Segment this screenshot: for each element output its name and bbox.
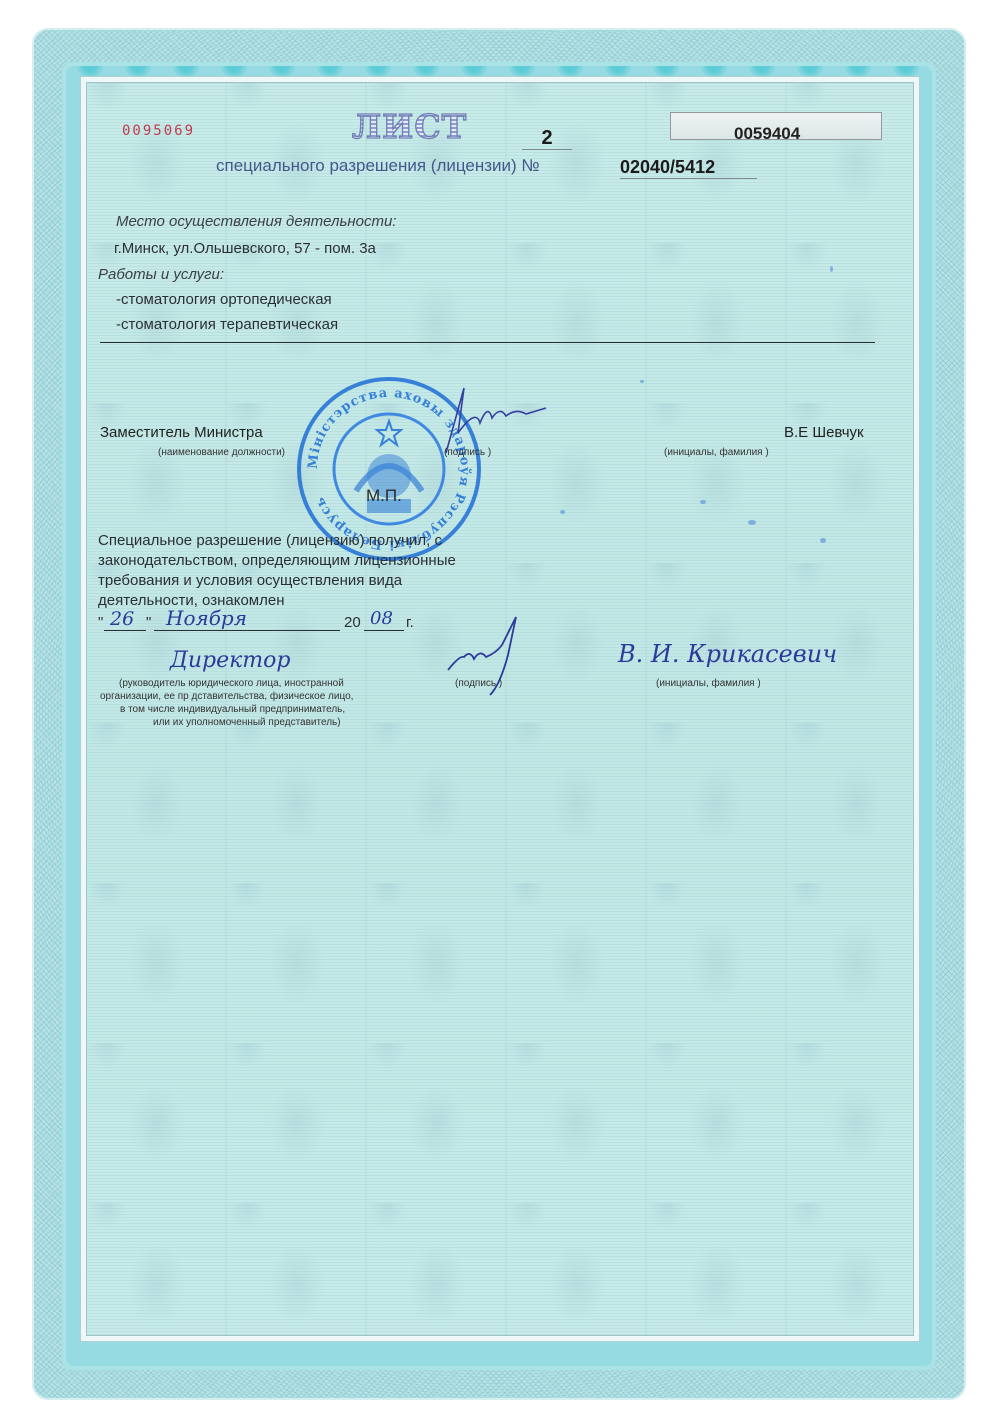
serial-number-red: 0095069 <box>122 123 195 139</box>
place-label: Место осуществления деятельности: <box>116 213 396 230</box>
acknowledgement-line: законодательством, определяющим лицензио… <box>98 552 456 569</box>
ink-speck <box>640 380 644 383</box>
issuer-name: В.Е Шевчук <box>784 424 864 441</box>
acknowledgement-line: Специальное разрешение (лицензию) получи… <box>98 532 442 549</box>
quote-open: " <box>98 614 103 631</box>
ink-speck <box>830 266 833 272</box>
issuer-name-caption: (инициалы, фамилия ) <box>664 447 769 458</box>
ink-speck <box>560 510 565 514</box>
date-day: 26 <box>110 608 134 630</box>
recipient-signature-caption: (подпись ) <box>455 678 502 689</box>
date-year-unit: г. <box>406 614 414 631</box>
recipient-position-caption: или их уполномоченный представитель) <box>153 717 341 728</box>
service-item: -стоматология ортопедическая <box>116 291 332 308</box>
services-label: Работы и услуги: <box>98 266 224 283</box>
issuer-signature-icon <box>436 378 586 458</box>
recipient-position-caption: организации, ее пр дставительства, физич… <box>100 691 353 702</box>
recipient-signature-icon <box>440 615 560 705</box>
ink-speck <box>700 500 706 504</box>
document-subtitle: специального разрешения (лицензии) № <box>216 156 540 176</box>
recipient-position: Директор <box>170 648 290 673</box>
section-divider <box>100 342 875 343</box>
quote-close: " <box>146 614 151 631</box>
license-number: 02040/5412 <box>620 156 757 179</box>
form-number: 0059404 <box>734 124 800 144</box>
recipient-name-caption: (инициалы, фамилия ) <box>656 678 761 689</box>
document-title: ЛИСТ <box>352 107 467 146</box>
date-month-line <box>154 630 340 631</box>
service-item: -стоматология терапевтическая <box>116 316 338 333</box>
issuer-position-caption: (наименование должности) <box>158 447 285 458</box>
date-year-line <box>364 630 404 631</box>
date-day-line <box>104 630 146 631</box>
recipient-position-caption: в том числе индивидуальный предпринимате… <box>120 704 345 715</box>
date-year-prefix: 20 <box>344 614 361 631</box>
date-year-suffix: 08 <box>370 608 393 629</box>
sheet-number: 2 <box>522 127 572 150</box>
ink-speck <box>820 538 826 543</box>
date-month: Ноября <box>166 606 247 630</box>
acknowledgement-line: требования и условия осуществления вида <box>98 572 402 589</box>
recipient-name: В. И. Крикасевич <box>618 640 837 668</box>
issuer-signature-caption: (подпись ) <box>444 447 491 458</box>
place-value: г.Минск, ул.Ольшевского, 57 - пом. 3а <box>114 240 376 257</box>
issuer-position: Заместитель Министра <box>100 424 263 441</box>
ink-speck <box>748 520 756 525</box>
recipient-position-caption: (руководитель юридического лица, иностра… <box>119 678 344 689</box>
seal-label: М.П. <box>366 486 402 506</box>
